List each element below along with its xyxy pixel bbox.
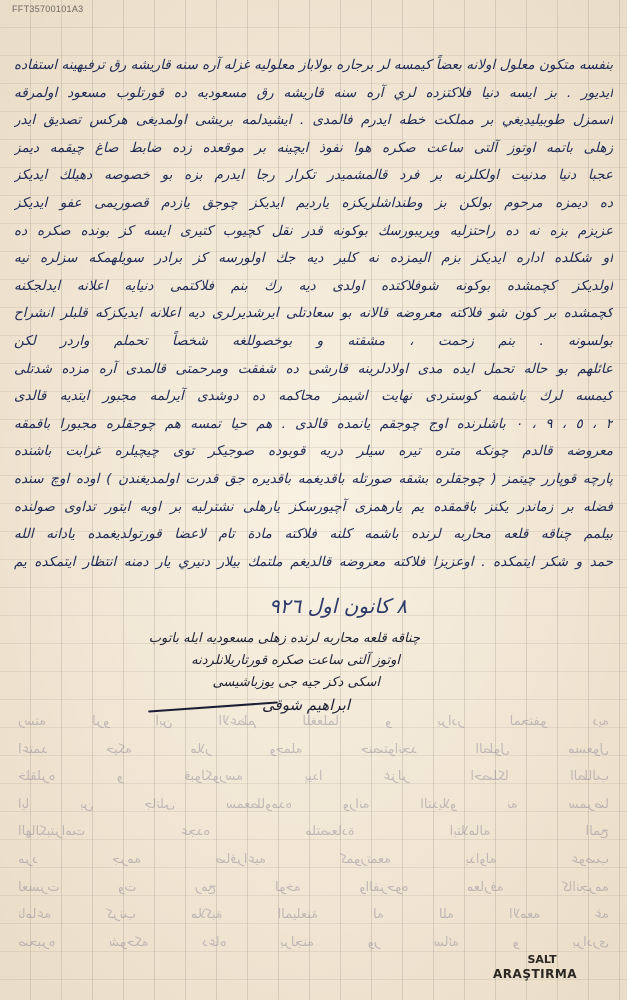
letter-line: معروضه قالدم چونكه متره تيره سيلر دريه ق… (14, 438, 613, 466)
letter-line: بيلمم چناقه قلعه محاربه لرنده باشمه كلنه… (14, 521, 613, 549)
signature-line: اوتوز آلتى ساعت صكره قورتاريلانلردنه (120, 650, 420, 672)
letter-line: اسمزل طوبيليديغي بر مملكت خطه ايدرم فالم… (14, 107, 613, 135)
letter-line: بولسونه . بنم زحمت ، مشقته و بوخصوللغه ش… (14, 328, 613, 356)
letter-line: عزيزم بزه نه ده راحتزليه ويريبورسك بوكون… (14, 218, 613, 246)
bleed-through-line: لعسرت وت رمح لوخه والفرحوه معارفه كاانجر… (18, 874, 609, 902)
letter-line: زهلى باتمه اوتوز آلتى ساعت صكره هوا نفوذ… (14, 135, 613, 163)
letter-line: ايديور . بز ايسه دنيا فلاكتزده لري آره س… (14, 80, 613, 108)
bleed-through-line: خلقلره و قبولكورسه پيدا غزلر احصلكا الطا… (18, 763, 609, 791)
letter-body: بنفسه متكون معلول اولانه بعضاً كيمسه لر … (14, 52, 613, 576)
bleed-through-line: اعتمد حيكه ملار وجمله حنصتوانجد الطول مس… (18, 736, 609, 764)
stamp-line-1: SALT (493, 952, 577, 967)
letter-line: كچمشده بر كون شو فلاكته معروضه قالانه بو… (14, 300, 613, 328)
bleed-through-text: رسته لرو ابن الاعظم للغعلما و برادر لمحت… (18, 708, 609, 956)
signature-block: چناقه قلعه محاربه لرنده زهلى مسعوديه ايل… (120, 628, 420, 716)
letter-line: پارچه قوپارر چيتمز ( چوجقلره بشقه صورتله… (14, 466, 613, 494)
letter-line: فضله بر زماندر يكنز باقمقده يم يارهمزى آ… (14, 494, 613, 522)
letter-line: ده ديمزه مرحوم بولكن بز وطنداشلريكزه يار… (14, 190, 613, 218)
signature-line: اسكى دكز جيه جى يوزباشيسى (120, 672, 420, 694)
letter-line: ٢ ، ٥ ، ٩ ، ٠ باشلرنده اوج چوجقم يانمده … (14, 411, 613, 439)
bleed-through-line: رسته لرو ابن الاعظم للغعلما و برادر لمحت… (18, 708, 609, 736)
signature-line: چناقه قلعه محاربه لرنده زهلى مسعوديه ايل… (120, 628, 420, 650)
letter-line: حمد و شكر ايتمكده . اوعزيزا فلاكته معروض… (14, 549, 613, 577)
archive-stamp: SALT ARAŞTIRMA (493, 952, 577, 982)
letter-line: بنفسه متكون معلول اولانه بعضاً كيمسه لر … (14, 52, 613, 80)
letter-date: ٨ كانون اول ٩٢٦ (269, 594, 407, 618)
catalog-id: FFT35700101A3 (12, 4, 83, 14)
bleed-through-line: ايا بن جاتلى سمعطاومده ورانه التديلاو نه… (18, 791, 609, 819)
letter-line: او شكلده اداره ايديكز بزم اليمزده نه كلي… (14, 245, 613, 273)
letter-line: عائلهم بو حاله تحمل ايده مدى اولادلرينه … (14, 356, 613, 384)
bleed-through-line: ناماعه كرنب ملاكبة الميلعنة له لله الامع… (18, 901, 609, 929)
letter-line: عجبا دنيا مدنيت اولكلرنه بر فرد قالمشميد… (14, 162, 613, 190)
letter-line: اولديكز كچمشده بوكونه شوفلاكتده اولدى دي… (14, 273, 613, 301)
bleed-through-line: مرد جرمه صاقراعيه كمورتمعه بداوله عوصب (18, 846, 609, 874)
document-page: FFT35700101A3 بنفسه متكون معلول اولانه ب… (0, 0, 627, 1000)
letter-line: كيمسه لرك باشمه كوستردى نهايت اشيمز محاك… (14, 383, 613, 411)
bleed-through-line: الهالكبترامت عجده ملتصعادة ابتلاماله الم… (18, 818, 609, 846)
stamp-line-2: ARAŞTIRMA (493, 967, 577, 982)
